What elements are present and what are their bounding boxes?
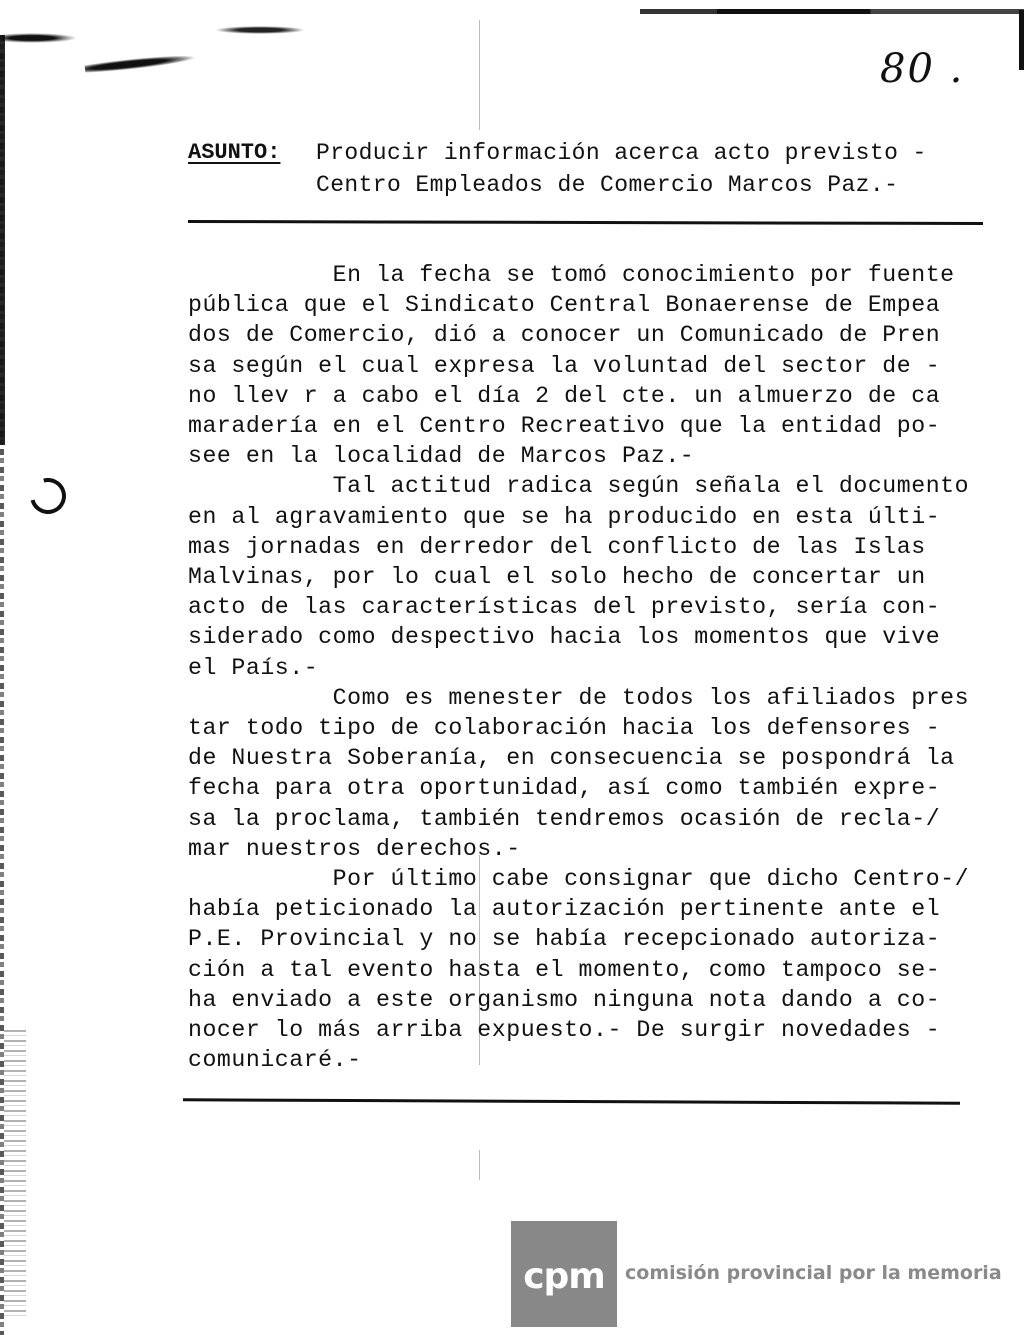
fold-line bbox=[479, 20, 480, 130]
scan-left-edge-dark bbox=[0, 35, 5, 445]
scanned-document-page: 80 . ASUNTO: Producir información acerca… bbox=[0, 0, 1024, 1335]
scan-smudge bbox=[215, 26, 305, 34]
divider-bottom bbox=[183, 1098, 960, 1104]
body-line: En la fecha se tomó conocimiento por fue… bbox=[188, 262, 955, 288]
body-line: P.E. Provincial y no se había recepciona… bbox=[188, 926, 940, 952]
scan-right-edge bbox=[1019, 10, 1024, 70]
subject-line: Producir información acerca acto previst… bbox=[316, 140, 927, 166]
divider-top bbox=[188, 220, 983, 225]
subject-line: Centro Empleados de Comercio Marcos Paz.… bbox=[316, 172, 898, 198]
body-line: mar nuestros derechos.- bbox=[188, 836, 521, 862]
body-line: comunicaré.- bbox=[188, 1047, 362, 1073]
body-line: tar todo tipo de colaboración hacia los … bbox=[188, 715, 940, 741]
body-line: pública que el Sindicato Central Bonaere… bbox=[188, 292, 940, 318]
scan-speckle bbox=[4, 1030, 26, 1320]
cpm-logo: cpm bbox=[511, 1221, 617, 1327]
body-line: dos de Comercio, dió a conocer un Comuni… bbox=[188, 322, 940, 348]
body-line: sa la proclama, también tendremos ocasió… bbox=[188, 806, 940, 832]
subject-label: ASUNTO: bbox=[188, 140, 280, 165]
body-line: acto de las características del previsto… bbox=[188, 594, 940, 620]
body-line: ción a tal evento hasta el momento, como… bbox=[188, 957, 940, 983]
body-line: see en la localidad de Marcos Paz.- bbox=[188, 443, 694, 469]
organization-name: comisión provincial por la memoria bbox=[625, 1262, 1002, 1284]
body-line: de Nuestra Soberanía, en consecuencia se… bbox=[188, 745, 955, 771]
body-line: Malvinas, por lo cual el solo hecho de c… bbox=[188, 564, 926, 590]
body-line: había peticionado la autorización pertin… bbox=[188, 896, 940, 922]
scan-smudge-stroke bbox=[84, 53, 194, 74]
body-line: Por último cabe consignar que dicho Cent… bbox=[188, 866, 969, 892]
body-line: no llev r a cabo el día 2 del cte. un al… bbox=[188, 383, 940, 409]
body-line: ha enviado a este organismo ninguna nota… bbox=[188, 987, 940, 1013]
body-line: maradería en el Centro Recreativo que la… bbox=[188, 413, 940, 439]
folio-number: 80 . bbox=[880, 46, 964, 92]
scan-smudge bbox=[2, 33, 77, 43]
body-line: mas jornadas en derredor del conflicto d… bbox=[188, 534, 926, 560]
punch-hole-mark-icon bbox=[23, 471, 72, 520]
fold-line bbox=[479, 1150, 480, 1180]
body-line: fecha para otra oportunidad, así como ta… bbox=[188, 775, 940, 801]
body-line: nocer lo más arriba expuesto.- De surgir… bbox=[188, 1017, 940, 1043]
cpm-logo-text: cpm bbox=[523, 1256, 605, 1297]
body-line: sa según el cual expresa la voluntad del… bbox=[188, 353, 940, 379]
body-line: Tal actitud radica según señala el docum… bbox=[188, 473, 969, 499]
body-line: el País.- bbox=[188, 655, 318, 681]
scan-top-edge bbox=[640, 9, 1024, 14]
body-line: siderado como despectivo hacia los momen… bbox=[188, 624, 940, 650]
body-line: en al agravamiento que se ha producido e… bbox=[188, 504, 940, 530]
body-line: Como es menester de todos los afiliados … bbox=[188, 685, 969, 711]
